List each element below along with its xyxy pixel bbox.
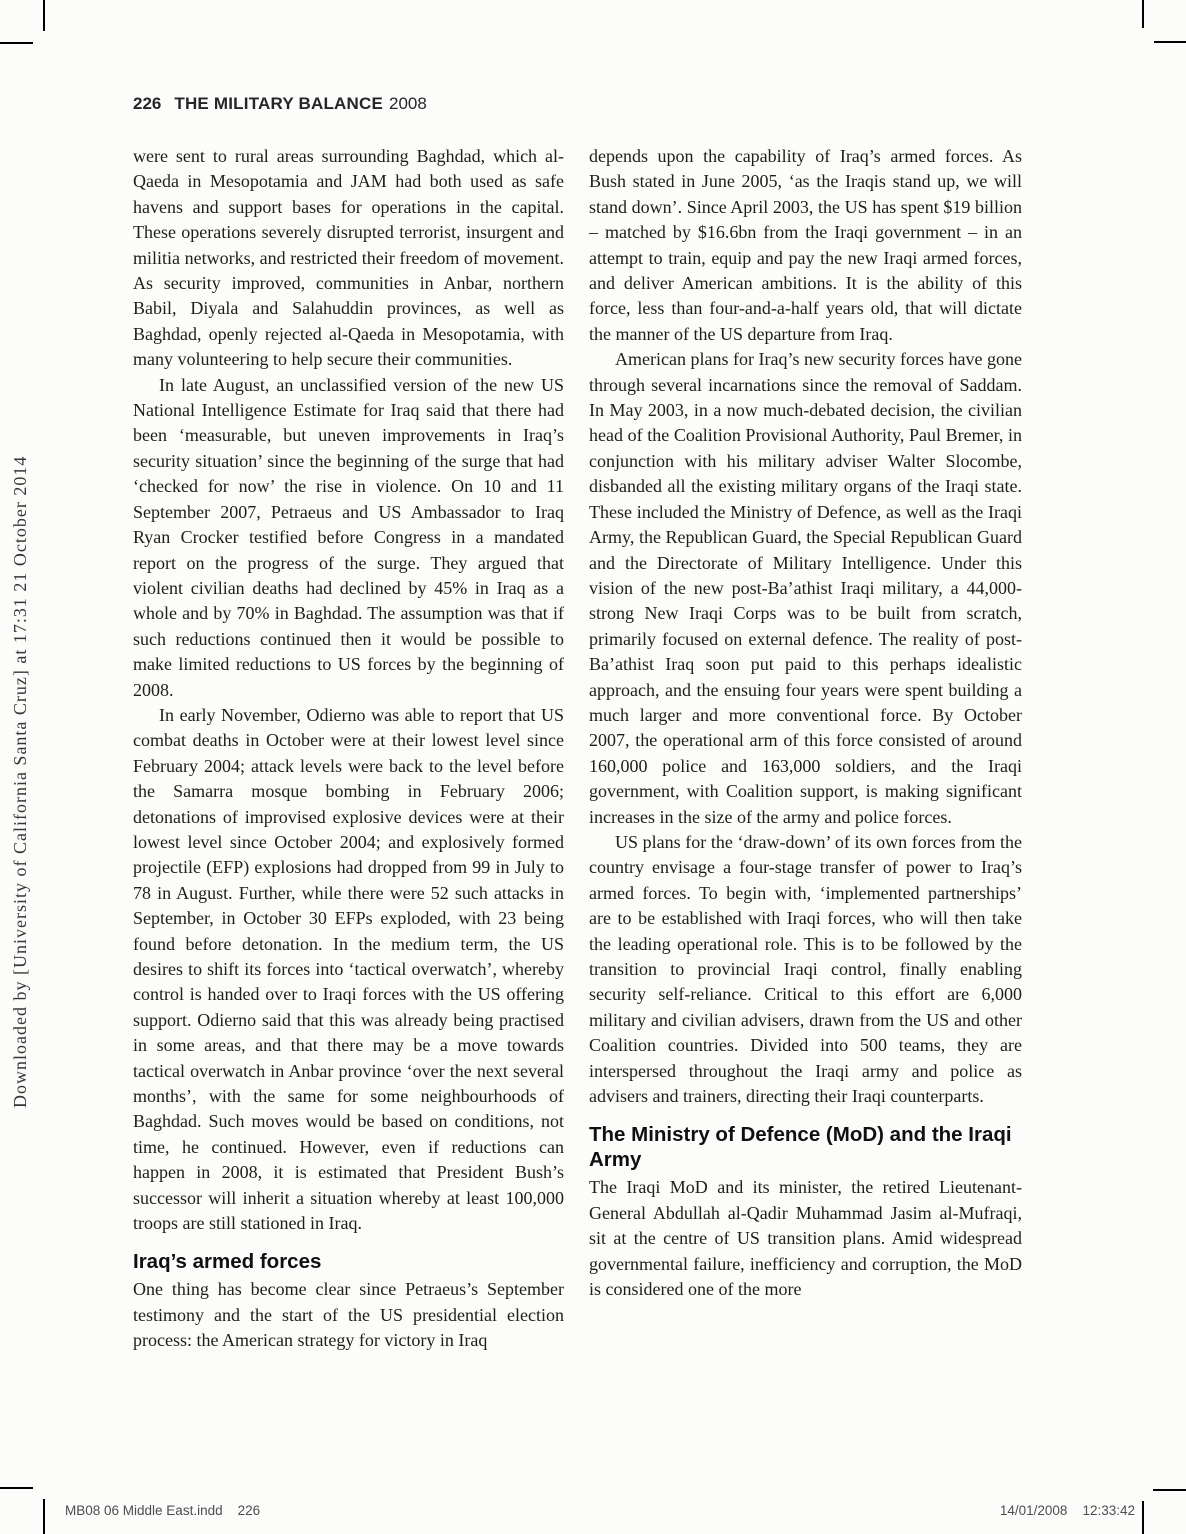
download-attribution-note: Downloaded by [University of California … xyxy=(10,456,31,1108)
crop-mark xyxy=(1154,41,1186,43)
section-heading: Iraq’s armed forces xyxy=(133,1249,564,1274)
paragraph: American plans for Iraq’s new security f… xyxy=(589,347,1022,830)
scanned-book-page: Downloaded by [University of California … xyxy=(0,0,1186,1534)
paragraph: One thing has become clear since Petraeu… xyxy=(133,1277,564,1353)
paragraph: The Iraqi MoD and its minister, the reti… xyxy=(589,1175,1022,1302)
crop-mark xyxy=(43,1499,45,1534)
crop-mark xyxy=(1142,0,1144,28)
paragraph: In early November, Odierno was able to r… xyxy=(133,703,564,1237)
crop-mark xyxy=(0,1487,33,1489)
paragraph: US plans for the ‘draw-down’ of its own … xyxy=(589,830,1022,1109)
crop-mark xyxy=(0,42,33,44)
crop-mark xyxy=(43,0,45,31)
print-slug-left: MB08 06 Middle East.indd226 xyxy=(65,1503,260,1518)
paragraph: were sent to rural areas surrounding Bag… xyxy=(133,144,564,373)
section-heading: The Ministry of Defence (MoD) and the Ir… xyxy=(589,1122,1022,1172)
running-head: 226THE MILITARY BALANCE2008 xyxy=(133,93,427,115)
book-title: THE MILITARY BALANCE xyxy=(174,94,383,113)
book-year: 2008 xyxy=(389,94,427,113)
print-slug-right: 14/01/200812:33:42 xyxy=(1000,1503,1135,1518)
slug-page-number: 226 xyxy=(238,1503,261,1518)
crop-mark xyxy=(1142,1501,1144,1534)
body-column-right: depends upon the capability of Iraq’s ar… xyxy=(589,144,1022,1302)
body-column-left: were sent to rural areas surrounding Bag… xyxy=(133,144,564,1354)
indd-file-name: MB08 06 Middle East.indd xyxy=(65,1503,223,1518)
paragraph: depends upon the capability of Iraq’s ar… xyxy=(589,144,1022,347)
print-time: 12:33:42 xyxy=(1082,1503,1135,1518)
crop-mark xyxy=(1153,1489,1186,1491)
print-date: 14/01/2008 xyxy=(1000,1503,1068,1518)
page-number: 226 xyxy=(133,94,161,113)
paragraph: In late August, an unclassified version … xyxy=(133,373,564,703)
